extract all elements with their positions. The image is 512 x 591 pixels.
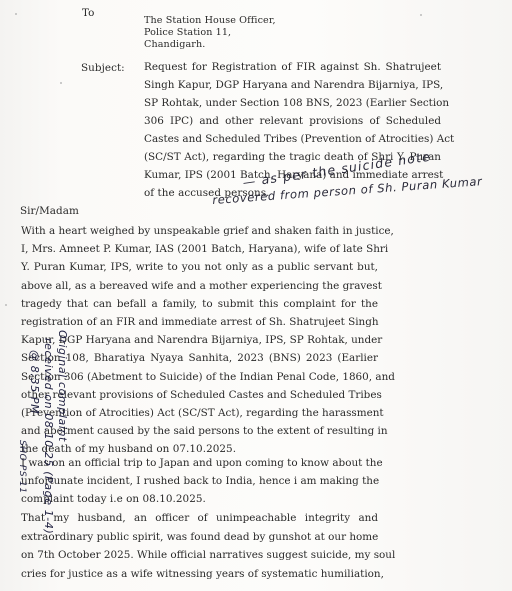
text-line: tragedy that can befall a family, to sub… xyxy=(21,299,378,309)
margin-note-line: SHO PS-11 xyxy=(17,440,26,494)
text-line: unfortunate incident, I rushed back to I… xyxy=(21,476,378,486)
text-line: SP Rohtak, under Section 108 BNS, 2023 (… xyxy=(144,98,441,108)
text-line: Y. Puran Kumar, IPS, write to you not on… xyxy=(21,262,378,272)
text-line: cries for justice as a wife witnessing y… xyxy=(21,569,378,579)
text-line: extraordinary public spirit, was found d… xyxy=(21,532,378,542)
margin-note-line: Original complaint xyxy=(57,330,68,442)
text-line: and abetment caused by the said persons … xyxy=(21,426,378,436)
handwritten-margin-note: Original complaint received on 08.10.25 … xyxy=(6,330,66,500)
to-label: To xyxy=(82,8,94,18)
text-line: I, Mrs. Amneet P. Kumar, IAS (2001 Batch… xyxy=(21,244,378,254)
text-line: Section 306 (Abetment to Suicide) of the… xyxy=(21,372,378,382)
scan-speck xyxy=(420,14,422,16)
address-line: The Station House Officer, xyxy=(144,16,276,26)
margin-note-line: received on 08.10.25 (Page 1-4) xyxy=(43,338,54,534)
scan-speck xyxy=(15,13,17,15)
text-line: (Prevention of Atrocities) Act (SC/ST Ac… xyxy=(21,408,378,418)
text-line: Kapur, DGP Haryana and Narendra Bijarniy… xyxy=(21,335,378,345)
text-line: 306 IPC) and other relevant provisions o… xyxy=(144,116,441,126)
text-line: With a heart weighed by unspeakable grie… xyxy=(21,226,378,236)
scanned-letter-page: To The Station House Officer, Police Sta… xyxy=(0,0,512,591)
scan-speck xyxy=(60,82,62,84)
address-line: Police Station 11, xyxy=(144,28,231,38)
address-line: Chandigarh. xyxy=(144,40,205,50)
text-line: Request for Registration of FIR against … xyxy=(144,62,441,72)
text-line: registration of an FIR and immediate arr… xyxy=(21,317,378,327)
text-line: I was on an official trip to Japan and u… xyxy=(21,458,378,468)
margin-note-line: @ 8:35 PM xyxy=(29,350,40,414)
text-line: Castes and Scheduled Tribes (Prevention … xyxy=(144,134,441,144)
text-line: Singh Kapur, DGP Haryana and Narendra Bi… xyxy=(144,80,441,90)
text-line: other relevant provisions of Scheduled C… xyxy=(21,390,378,400)
text-line: on 7th October 2025. While official narr… xyxy=(21,550,378,560)
salutation: Sir/Madam xyxy=(20,206,79,216)
text-line: That my husband, an officer of unimpeach… xyxy=(21,513,378,523)
scan-speck xyxy=(5,304,7,306)
text-line: above all, as a bereaved wife and a moth… xyxy=(21,281,378,291)
text-line: Section 108, Bharatiya Nyaya Sanhita, 20… xyxy=(21,353,378,363)
subject-label: Subject: xyxy=(81,63,125,73)
